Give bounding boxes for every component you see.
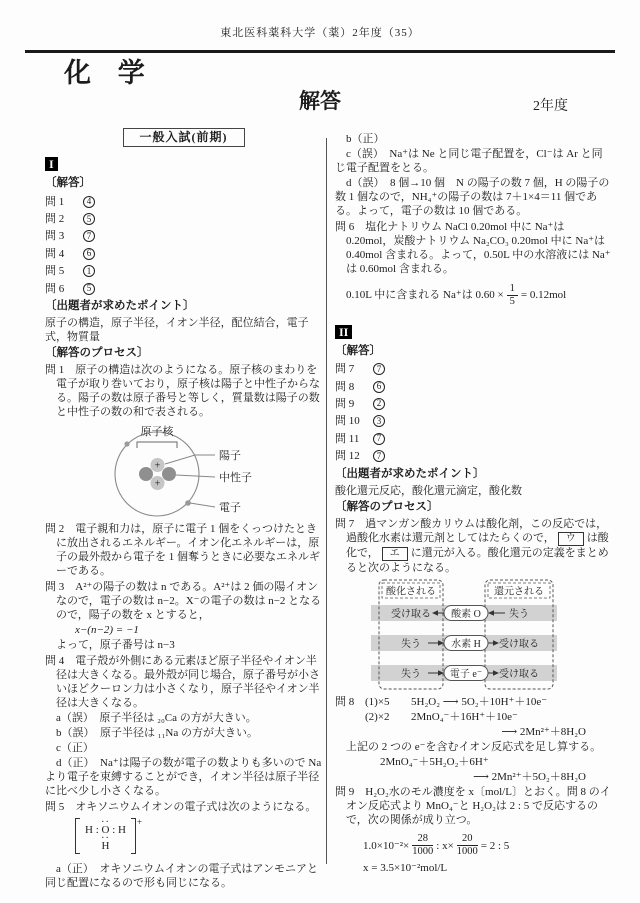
subject-title: 化 学 [64,66,155,80]
answer-circled-number: 7 [373,363,385,375]
section-2-numeral: II [335,325,352,339]
points-text-1: 原子の構造，原子半径，イオン半径，配位結合，電子式，物質量 [45,316,322,344]
fraction: 1 5 [507,283,518,308]
q3-paragraph: 問 3 A²⁺の陽子の数は n である。A²⁺は 2 価の陽イオンなので，電子の… [45,580,322,622]
q6-paragraph: 問 6 塩化ナトリウム NaCl 0.20mol 中に Na⁺は 0.20mol… [335,220,612,276]
q8-equation-row-2: (2)×2 2MnO₄⁻＋16H⁺＋10e⁻ [335,710,612,724]
q6-equation: 0.10L 中に含まれる Na⁺は 0.60 × 1 5 = 0.12mol [346,283,612,308]
q9-equation: 1.0×10⁻²× 28 1000 : x× 20 1000 = 2 : 5 [363,833,612,858]
question-label: 問 4 [45,247,83,261]
section-gap [335,313,612,323]
answer-row: 問 14 [45,193,322,210]
redox-cell: 失う [401,637,421,650]
lewis-structure-oxonium: ·· H : O : H ·· H + [75,818,322,858]
proton-label: 陽子 [219,449,241,462]
left-column: 一般入試(前期) I 〔解答〕 問 14 問 25 問 37 問 46 問 51… [45,128,322,891]
electron-label: 電子 e⁻ [450,668,482,680]
neutron-circle [162,467,176,481]
fraction-denominator: 1000 [457,846,478,858]
redox-cell: 失う [401,667,421,680]
q8-multiplier-1: (1)×5 [365,695,411,709]
document-page: 東北医科薬科大学（薬）2年度（35） 化 学 解答 2年度 一般入試(前期) I… [0,0,640,903]
redox-cell: 受け取る [499,668,539,680]
q8-sum-text: 上記の 2 つの e⁻を含むイオン反応式を足し算する。 [346,740,612,754]
answer-circled-number: 3 [373,415,385,427]
question-label: 問 10 [335,414,373,428]
question-label: 問 12 [335,449,373,463]
oxidized-header: 酸化される [386,584,436,597]
points-heading-2: 〔出題者が求めたポイント〕 [335,467,612,481]
question-label: 問 5 [45,264,83,278]
electron-label: 電子 [219,501,241,514]
q8-formula-1: 5H₂O₂ ⟶ 5O₂＋10H⁺＋10e⁻ [411,695,547,709]
q4-paragraph: 問 4 電子殻が外側にある元素ほど原子半径やイオン半径は大きくなる。最外殻が同じ… [45,654,322,710]
redox-cell: 受け取る [499,638,539,650]
fraction-numerator: 20 [457,833,478,846]
column-divider [326,138,327,864]
section-1-numeral: I [45,157,58,171]
question-label: 問 8 [335,380,373,394]
answer-row: 問 51 [45,263,322,280]
question-label: 問 1 [45,195,83,209]
q2-paragraph: 問 2 電子親和力は，原子に電子 1 個をくっつけたときに放出されるエネルギー。… [45,522,322,578]
fraction: 28 1000 [412,833,433,858]
q5-paragraph: 問 5 オキソニウムイオンの電子式は次のようになる。 [45,800,322,814]
electron-dot [124,442,129,447]
question-label: 問 11 [335,432,373,446]
answer-row: 問 46 [45,245,322,262]
q4-option-b: b（誤） 原子半径は ₁₁Na の方が大きい。 [45,726,322,740]
q4-option-a: a（誤） 原子半径は ₂₀Ca の方が大きい。 [45,711,322,725]
answer-row: 問 65 [45,280,322,297]
q8-sum-formula-continuation: ⟶ 2Mn²⁺＋5O₂＋8H₂O [335,770,612,784]
q6-equation-pre: 0.10L 中に含まれる Na⁺は 0.60 × [346,288,504,302]
q6-equation-post: = 0.12mol [521,288,566,302]
process-heading-1: 〔解答のプロセス〕 [45,346,322,360]
oxygen-label: 酸素 O [451,607,481,620]
redox-cell: 受け取る [391,608,431,620]
q8-equation-row-1: 問 8 (1)×5 5H₂O₂ ⟶ 5O₂＋10H⁺＋10e⁻ [335,695,612,709]
answer-circled-number: 6 [83,248,95,260]
reduced-header: 還元される [494,585,544,597]
q9-paragraph: 問 9 H₂O₂水のモル濃度を x〔mol/L〕とおく。問 8 のイオン反応式よ… [335,785,612,827]
question-label: 問 6 [45,282,83,296]
q3-conclusion: よって，原子番号は n−3 [56,638,322,652]
answers-heading-2: 〔解答〕 [335,344,612,358]
question-label: 問 2 [45,212,83,226]
answer-row: 問 117 [335,430,612,447]
page-header: 東北医科薬科大学（薬）2年度（35） [0,26,640,40]
blank-box-u: ウ [558,532,584,546]
q8-multiplier-2: (2)×2 [365,710,411,724]
q9-equation-part-3: = 2 : 5 [481,839,510,853]
q4-option-c: c（正） [45,741,322,755]
q8-label: 問 8 [335,695,365,709]
answer-row: 問 25 [45,210,322,227]
q1-paragraph: 問 1 原子の構造は次のようになる。原子核のまわりを電子が取り巻いており，原子核… [45,363,322,419]
q9-result: x = 3.5×10⁻²mol/L [363,861,612,875]
q4-option-d: d（正） Na⁺は陽子の数が電子の数よりも多いので Na より電子を束縛すること… [45,756,322,798]
answer-row: 問 86 [335,378,612,395]
header-rule [25,50,615,53]
h-left: H : [85,824,99,836]
answer-row: 問 92 [335,395,612,412]
nucleus-label: 原子核 [141,424,175,438]
question-label: 問 7 [335,362,373,376]
q5-option-b: b（正） [335,132,612,146]
neutron-circle [139,467,153,481]
proton-plus-sign: + [155,479,161,490]
redox-cell: 失う [509,607,529,620]
proton-plus-sign: + [155,461,161,472]
answers-heading-1: 〔解答〕 [45,176,322,190]
redox-definition-diagram: 酸化される 還元される 受け取る 酸素 O 失う 失う 水素 H 受け取る 失う [335,578,612,692]
q3-equation: x−(n−2) = −1 [75,623,322,637]
right-column: b（正） c（誤） Na⁺は Ne と同じ電子配置を，Cl⁻は Ar と同じ電子… [335,131,612,875]
atom-structure-diagram: 原子核 + + 陽子 中性子 電子 [45,422,322,518]
fraction-denominator: 1000 [412,846,433,858]
question-label: 問 3 [45,229,83,243]
answer-circled-number: 5 [83,283,95,295]
q8-formula-2-continuation: ⟶ 2Mn²⁺＋8H₂O [335,725,612,739]
answer-circled-number: 4 [83,196,95,208]
right-bracket [131,818,136,854]
blank-box-e: エ [382,547,408,561]
answer-circled-number: 7 [83,230,95,242]
exam-type-box: 一般入試(前期) [123,128,245,147]
answer-circled-number: 7 [373,450,385,462]
answer-row: 問 37 [45,228,322,245]
q9-equation-part-2: : x× [436,839,454,853]
neutron-label: 中性子 [219,470,252,484]
indent-spacer [335,710,365,724]
h-right: : H [112,824,126,836]
year-label: 2年度 [533,100,568,114]
answer-circled-number: 6 [373,381,385,393]
hydrogen-label: 水素 H [451,637,481,650]
process-heading-2: 〔解答のプロセス〕 [335,500,612,514]
electron-dot [185,501,191,507]
question-label: 問 9 [335,397,373,411]
answer-row: 問 77 [335,361,612,378]
q5-option-c: c（誤） Na⁺は Ne と同じ電子配置を，Cl⁻は Ar と同じ電子配置をとる… [335,147,612,175]
h-bottom: H [102,841,110,852]
answer-row: 問 127 [335,447,612,464]
q7-paragraph: 問 7 過マンガン酸カリウムは酸化剤，この反応では，過酸化水素は還元剤としてはた… [335,517,612,575]
q5-option-a: a（正） オキソニウムイオンの電子式はアンモニアと同じ配置になるので形も同じにな… [45,862,322,890]
answer-circled-number: 2 [373,398,385,410]
answer-circled-number: 1 [83,265,95,277]
fraction-numerator: 1 [507,283,518,296]
q5-option-d: d（誤） 8 個→10 個 N の陽子の数 7 個，H の陽子の数 1 個なので… [335,176,612,218]
fraction-numerator: 28 [412,833,433,846]
q8-sum-formula: 2MnO₄⁻＋5H₂O₂＋6H⁺ [380,755,612,769]
answer-circled-number: 7 [373,433,385,445]
points-text-2: 酸化還元反応，酸化還元滴定，酸化数 [335,484,612,498]
answer-circled-number: 5 [83,213,95,225]
answer-row: 問 103 [335,413,612,430]
q9-equation-part-1: 1.0×10⁻²× [363,839,409,853]
fraction-denominator: 5 [507,296,518,308]
charge-plus: + [137,815,142,854]
points-heading-1: 〔出題者が求めたポイント〕 [45,299,322,313]
fraction: 20 1000 [457,833,478,858]
q8-formula-2: 2MnO₄⁻＋16H⁺＋10e⁻ [411,710,518,724]
